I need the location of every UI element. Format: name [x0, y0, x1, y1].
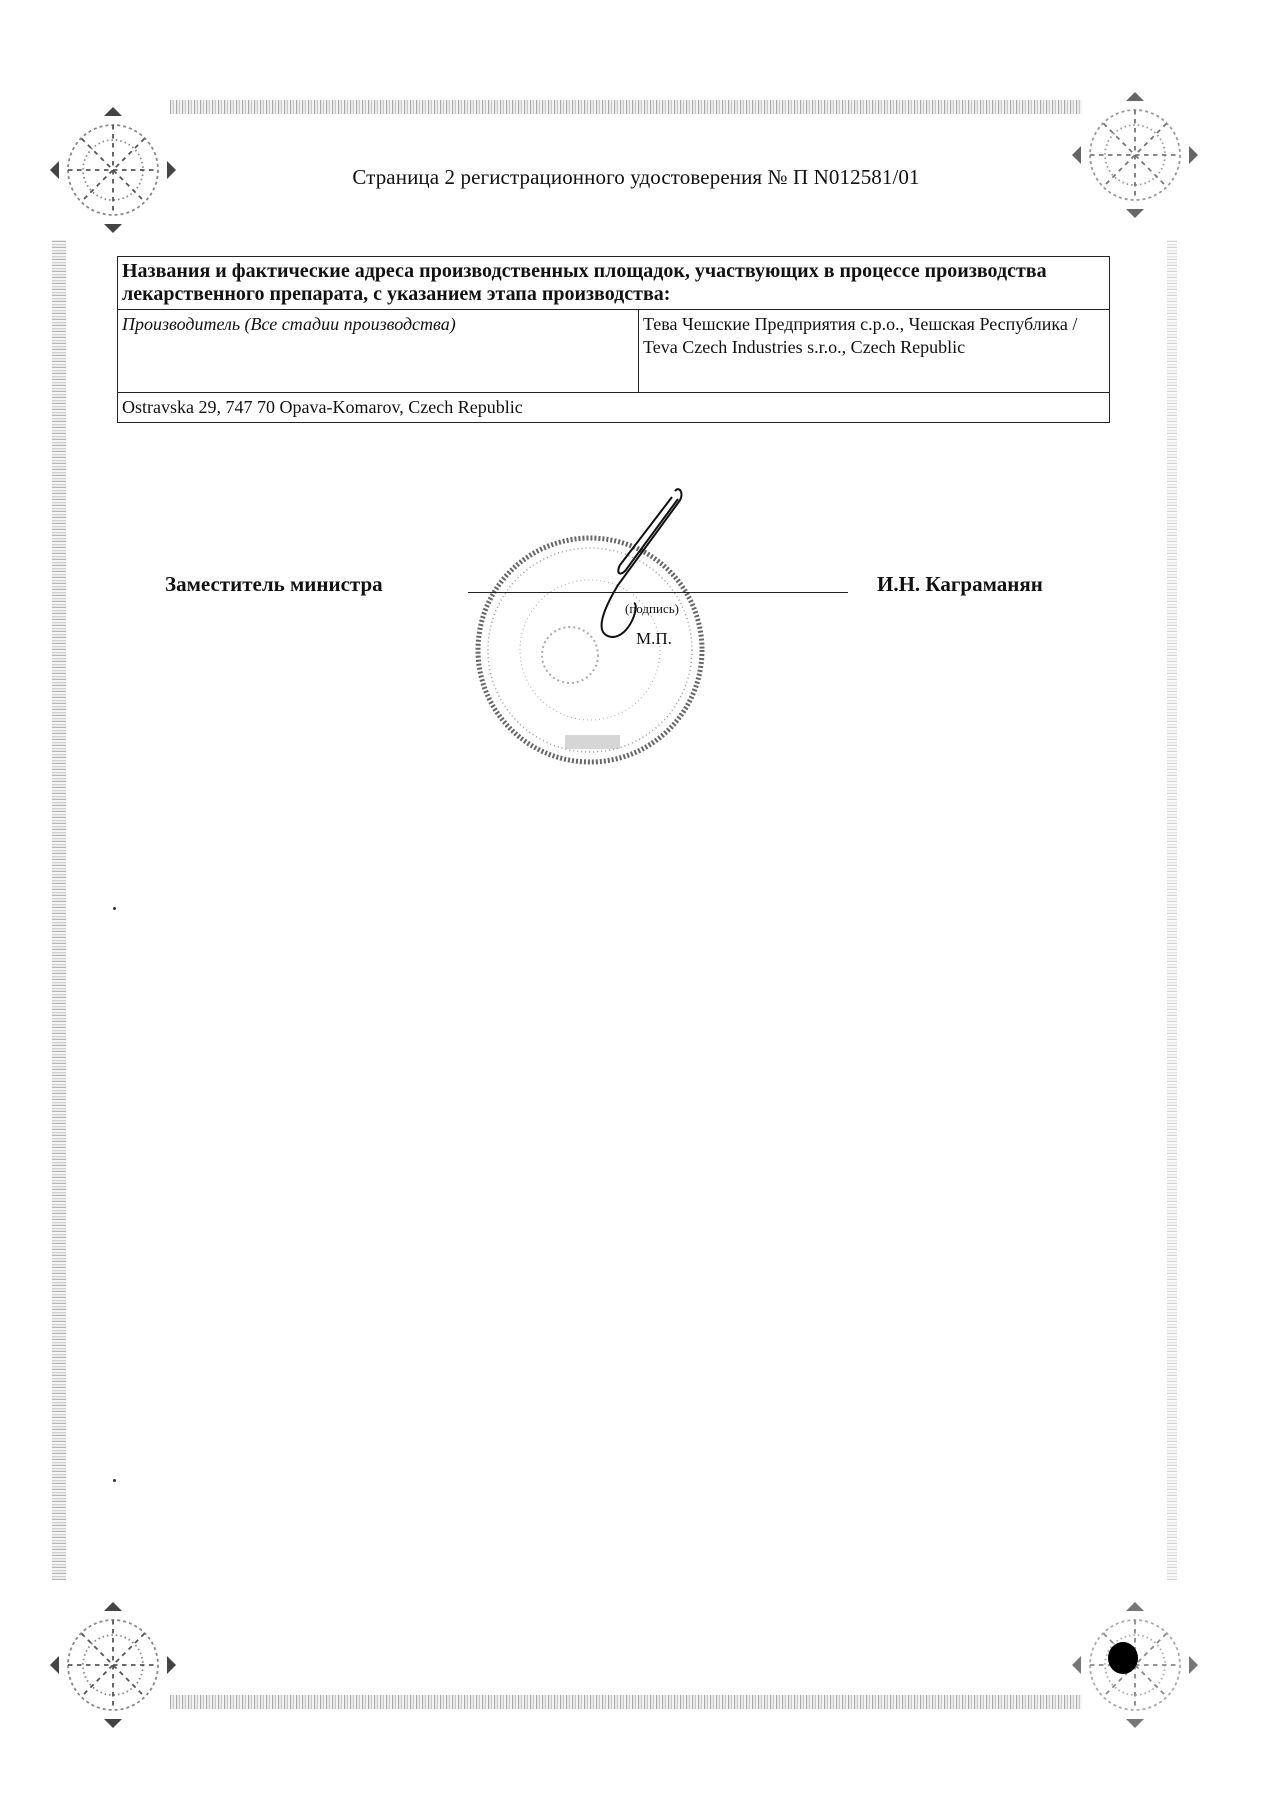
table-row: Производитель (Все стадии производства) … [118, 310, 1110, 393]
production-sites-table: Названия и фактические адреса производст… [117, 256, 1110, 423]
handwritten-signature [560, 485, 690, 645]
punch-hole [1108, 1642, 1138, 1674]
signatory-name: И.Н. Каграманян [877, 572, 1043, 597]
security-border-top [170, 100, 1082, 114]
signature-line [468, 592, 848, 593]
production-stage-cell: Производитель (Все стадии производства) [118, 310, 639, 393]
signatory-title: Заместитель министра [165, 572, 383, 597]
scan-speck [113, 907, 116, 910]
seal-caption: М.П. [636, 629, 672, 649]
security-border-left [52, 240, 66, 1580]
page-header: Страница 2 регистрационного удостоверени… [0, 165, 1272, 190]
security-border-right [1167, 240, 1177, 1580]
security-border-bottom [170, 1695, 1082, 1709]
rosette-icon [1060, 80, 1210, 230]
signature-caption: (подпись) [625, 601, 679, 617]
manufacturer-cell: Тева Чешские Предприятия с.р.о., Чешская… [639, 310, 1110, 393]
table-heading: Названия и фактические адреса производст… [118, 257, 1110, 310]
scan-speck [113, 1479, 116, 1482]
rosette-icon [38, 1590, 188, 1740]
address-cell: Ostravska 29, 747 70 Opava-Komarov, Czec… [118, 393, 1110, 423]
